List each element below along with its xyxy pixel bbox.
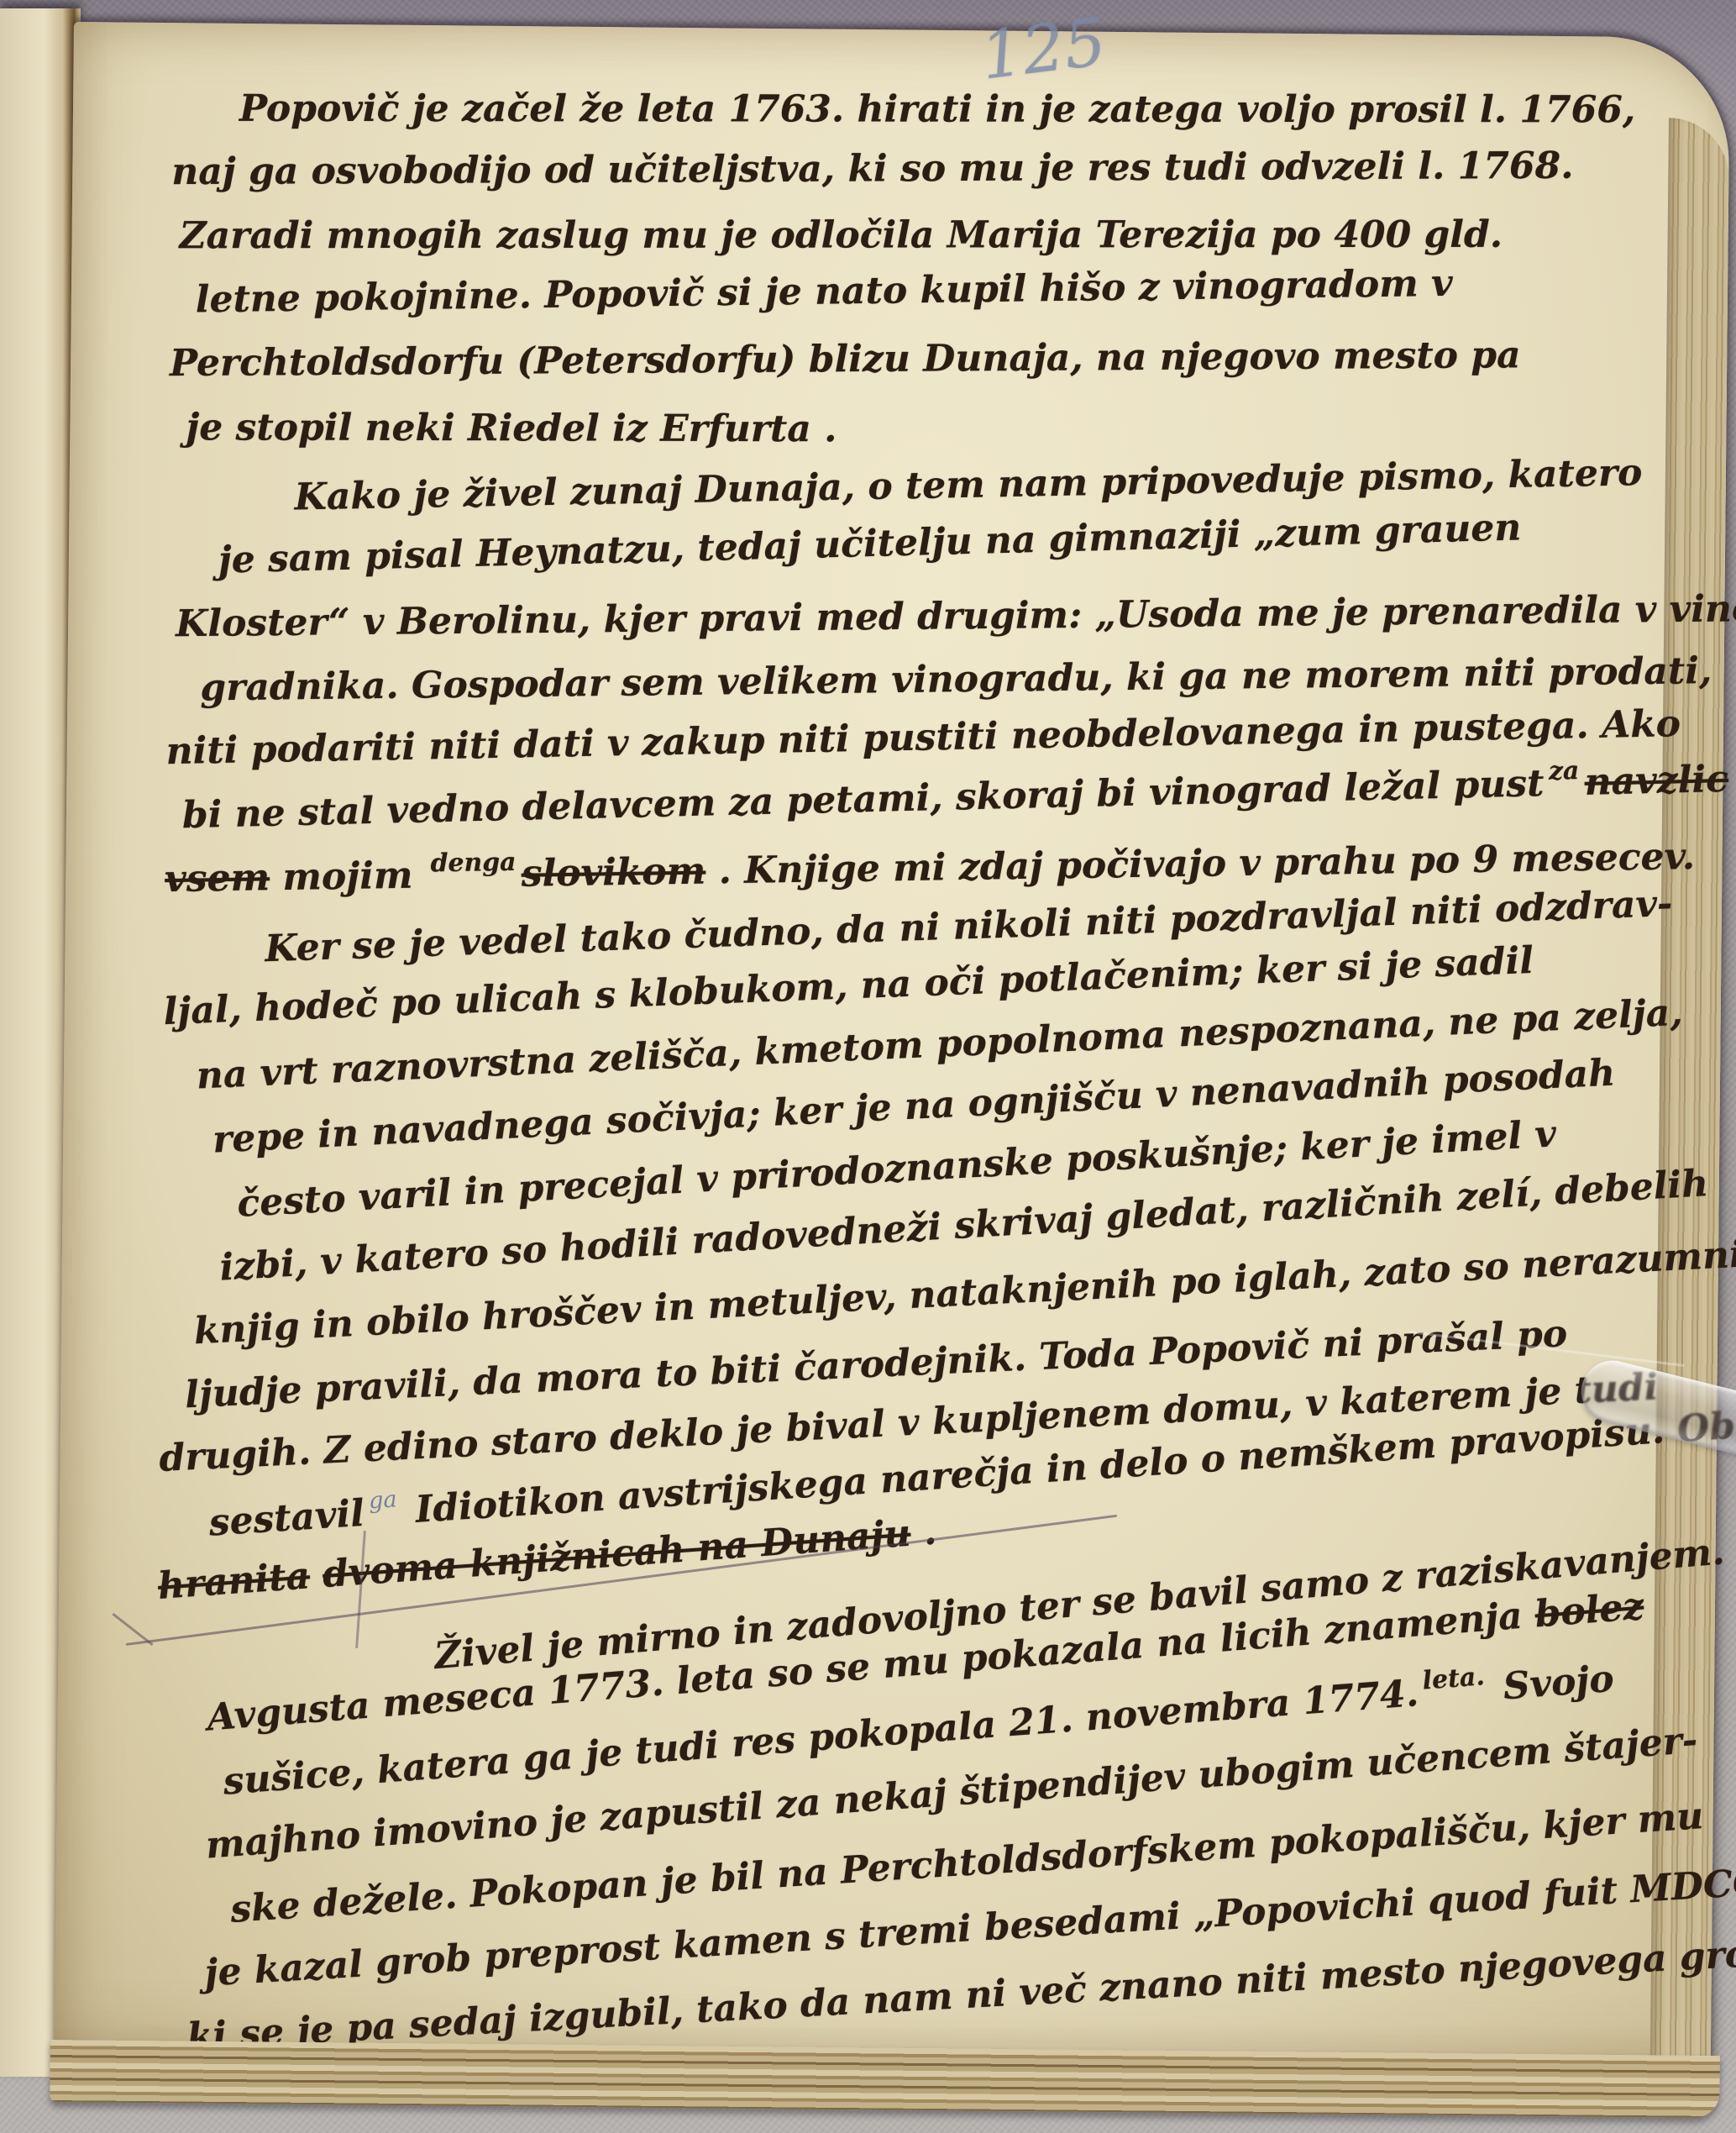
line-segment: je stopil neki Riedel iz Erfurta . (186, 406, 837, 450)
line-segment: leta. (1421, 1663, 1485, 1696)
line-segment: bolez (1534, 1585, 1645, 1637)
manuscript-page: Popovič je začel že leta 1763. hirati in… (55, 22, 1730, 2071)
line-segment: Popovič je začel že leta 1763. hirati in… (239, 87, 1635, 131)
handwritten-line: Popovič je začel že leta 1763. hirati in… (239, 77, 1603, 142)
handwritten-line: Perchtoldsdorfu (Petersdorfu) blizu Duna… (170, 323, 1601, 396)
line-segment: Kloster“ v Berolinu, kjer pravi med drug… (176, 587, 1736, 645)
line-segment: slovikom (521, 850, 705, 896)
pencil-page-number: 125 (977, 4, 1110, 94)
line-segment: mojim (270, 854, 426, 899)
line-segment: ga (368, 1487, 398, 1515)
line-segment: letne pokojnine. Popovič si je nato kupi… (195, 262, 1452, 322)
line-segment: Perchtoldsdorfu (Petersdorfu) blizu Duna… (170, 334, 1521, 385)
line-segment: navzlic (1584, 758, 1728, 804)
line-segment: vsem (165, 856, 270, 901)
manuscript-lines: Popovič je začel že leta 1763. hirati in… (154, 76, 1603, 2047)
line-segment: Svojo (1489, 1658, 1616, 1710)
line-segment: Zaradi mnogih zaslug mu je odločila Mari… (180, 213, 1503, 257)
line-segment: denga (430, 848, 516, 879)
line-segment: hranita (156, 1554, 311, 1608)
book-photo-scene: Popovič je začel že leta 1763. hirati in… (0, 0, 1736, 2133)
line-segment: za (1549, 757, 1580, 787)
line-segment: naj ga osvobodijo od učiteljstva, ki so … (171, 144, 1573, 193)
book-fore-edge (1650, 118, 1729, 2071)
line-segment: sestavil (207, 1492, 365, 1545)
line-segment: . (909, 1510, 937, 1554)
handwritten-line: naj ga osvobodijo od učiteljstva, ki so … (171, 134, 1602, 204)
